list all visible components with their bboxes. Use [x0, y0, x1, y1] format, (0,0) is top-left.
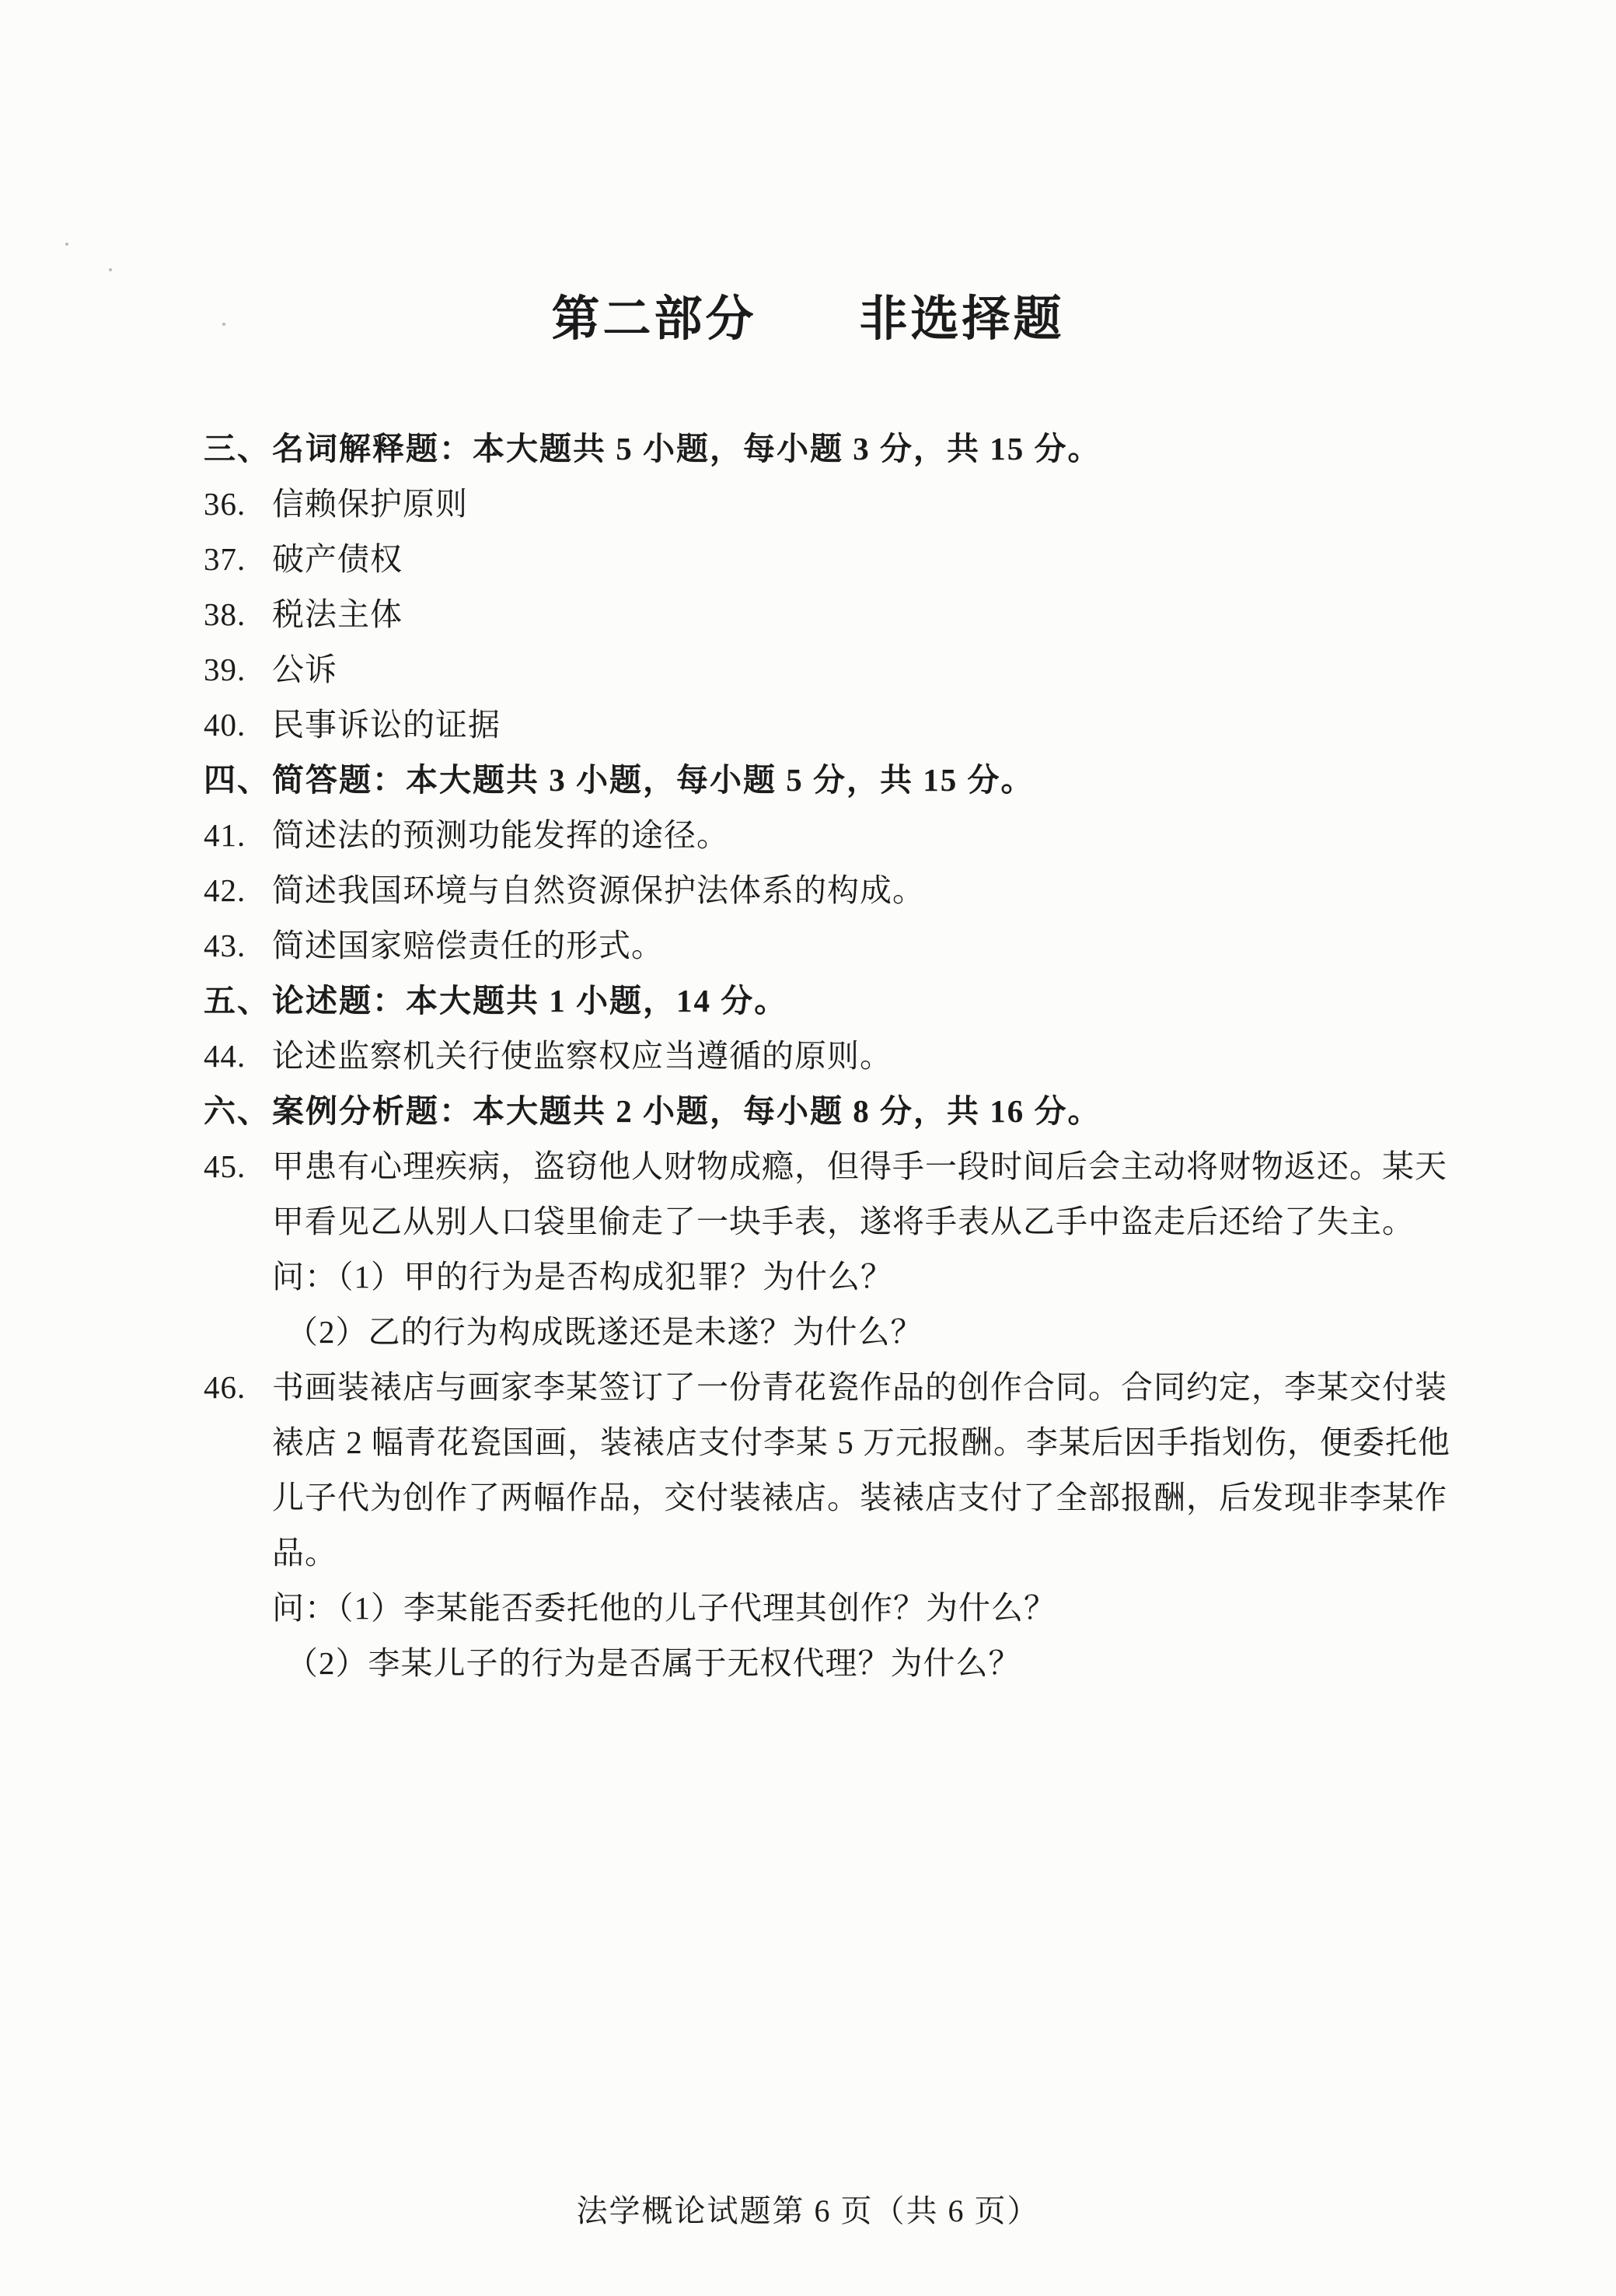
question-line: 46.书画装裱店与画家李某签订了一份青花瓷作品的创作合同。合同约定，李某交付装 [204, 1360, 1447, 1415]
question-number: 46. [204, 1360, 272, 1415]
question-number: 42. [204, 863, 272, 918]
question-line: 37.破产债权 [204, 532, 1447, 587]
line-text: 书画装裱店与画家李某签订了一份青花瓷作品的创作合同。合同约定，李某交付装 [272, 1369, 1447, 1405]
question-line: （2）李某儿子的行为是否属于无权代理？为什么？ [204, 1636, 1447, 1691]
line-text: 税法主体 [272, 596, 403, 632]
question-line: 41.简述法的预测功能发挥的途径。 [204, 808, 1447, 863]
question-number: 45. [204, 1139, 272, 1194]
question-number: 六、 [204, 1084, 272, 1139]
question-line: 40.民事诉讼的证据 [204, 697, 1447, 753]
line-text: 简述法的预测功能发挥的途径。 [272, 817, 729, 853]
line-text: 问：（1）甲的行为是否构成犯罪？为什么？ [272, 1259, 893, 1295]
question-number: 44. [204, 1029, 272, 1084]
line-text: 简述我国环境与自然资源保护法体系的构成。 [272, 872, 925, 908]
line-text: 破产债权 [272, 541, 403, 577]
line-text: 品。 [272, 1535, 337, 1571]
scan-speck [65, 243, 68, 246]
question-number: 40. [204, 697, 272, 753]
question-line: 38.税法主体 [204, 587, 1447, 642]
question-number: 四、 [204, 753, 272, 808]
question-number: 38. [204, 587, 272, 642]
question-number: 43. [204, 918, 272, 973]
line-text: 民事诉讼的证据 [272, 707, 501, 743]
scan-speck [109, 268, 112, 271]
line-text: 儿子代为创作了两幅作品，交付装裱店。装裱店支付了全部报酬，后发现非李某作 [272, 1480, 1447, 1515]
question-line: （2）乙的行为构成既遂还是未遂？为什么？ [204, 1305, 1447, 1360]
question-line: 问：（1）李某能否委托他的儿子代理其创作？为什么？ [204, 1581, 1447, 1636]
question-line: 36.信赖保护原则 [204, 477, 1447, 532]
line-text: （2）乙的行为构成既遂还是未遂？为什么？ [286, 1314, 923, 1350]
page-footer: 法学概论试题第 6 页（共 6 页） [0, 2186, 1616, 2231]
exam-paper-page: 第二部分 非选择题 三、名词解释题：本大题共 5 小题，每小题 3 分，共 15… [0, 0, 1616, 2296]
section-header: 四、简答题：本大题共 3 小题，每小题 5 分，共 15 分。 [204, 753, 1447, 808]
line-text: 信赖保护原则 [272, 486, 468, 522]
question-line: 43.简述国家赔偿责任的形式。 [204, 918, 1447, 973]
question-number: 41. [204, 808, 272, 863]
line-text: 案例分析题：本大题共 2 小题，每小题 8 分，共 16 分。 [272, 1093, 1101, 1129]
section-header: 六、案例分析题：本大题共 2 小题，每小题 8 分，共 16 分。 [204, 1084, 1447, 1139]
question-line: 45.甲患有心理疾病，盗窃他人财物成瘾，但得手一段时间后会主动将财物返还。某天 [204, 1139, 1447, 1194]
line-text: 裱店 2 幅青花瓷国画，装裱店支付李某 5 万元报酬。李某后因手指划伤，便委托他 [272, 1424, 1450, 1460]
question-number: 36. [204, 477, 272, 532]
question-number: 37. [204, 532, 272, 587]
section-header: 五、论述题：本大题共 1 小题，14 分。 [204, 973, 1447, 1029]
page-title: 第二部分 非选择题 [0, 280, 1616, 349]
question-line: 品。 [204, 1525, 1447, 1581]
line-text: 问：（1）李某能否委托他的儿子代理其创作？为什么？ [272, 1590, 1056, 1626]
question-line: 甲看见乙从别人口袋里偷走了一块手表，遂将手表从乙手中盗走后还给了失主。 [204, 1194, 1447, 1249]
question-number: 39. [204, 642, 272, 697]
question-number: 三、 [204, 421, 272, 477]
question-list: 三、名词解释题：本大题共 5 小题，每小题 3 分，共 15 分。36.信赖保护… [204, 421, 1447, 1691]
line-text: 公诉 [272, 652, 337, 687]
scan-speck [222, 323, 225, 326]
question-line: 裱店 2 幅青花瓷国画，装裱店支付李某 5 万元报酬。李某后因手指划伤，便委托他 [204, 1415, 1447, 1470]
question-number: 五、 [204, 973, 272, 1029]
question-line: 42.简述我国环境与自然资源保护法体系的构成。 [204, 863, 1447, 918]
question-line: 问：（1）甲的行为是否构成犯罪？为什么？ [204, 1249, 1447, 1305]
line-text: 甲看见乙从别人口袋里偷走了一块手表，遂将手表从乙手中盗走后还给了失主。 [272, 1204, 1415, 1239]
section-header: 三、名词解释题：本大题共 5 小题，每小题 3 分，共 15 分。 [204, 421, 1447, 477]
question-line: 儿子代为创作了两幅作品，交付装裱店。装裱店支付了全部报酬，后发现非李某作 [204, 1470, 1447, 1525]
line-text: 论述题：本大题共 1 小题，14 分。 [272, 983, 787, 1019]
line-text: 甲患有心理疾病，盗窃他人财物成瘾，但得手一段时间后会主动将财物返还。某天 [272, 1148, 1447, 1184]
line-text: 简答题：本大题共 3 小题，每小题 5 分，共 15 分。 [272, 762, 1035, 798]
line-text: 简述国家赔偿责任的形式。 [272, 928, 664, 963]
line-text: 名词解释题：本大题共 5 小题，每小题 3 分，共 15 分。 [272, 431, 1101, 467]
question-line: 44.论述监察机关行使监察权应当遵循的原则。 [204, 1029, 1447, 1084]
question-line: 39.公诉 [204, 642, 1447, 697]
line-text: 论述监察机关行使监察权应当遵循的原则。 [272, 1038, 892, 1074]
line-text: （2）李某儿子的行为是否属于无权代理？为什么？ [286, 1645, 1021, 1681]
